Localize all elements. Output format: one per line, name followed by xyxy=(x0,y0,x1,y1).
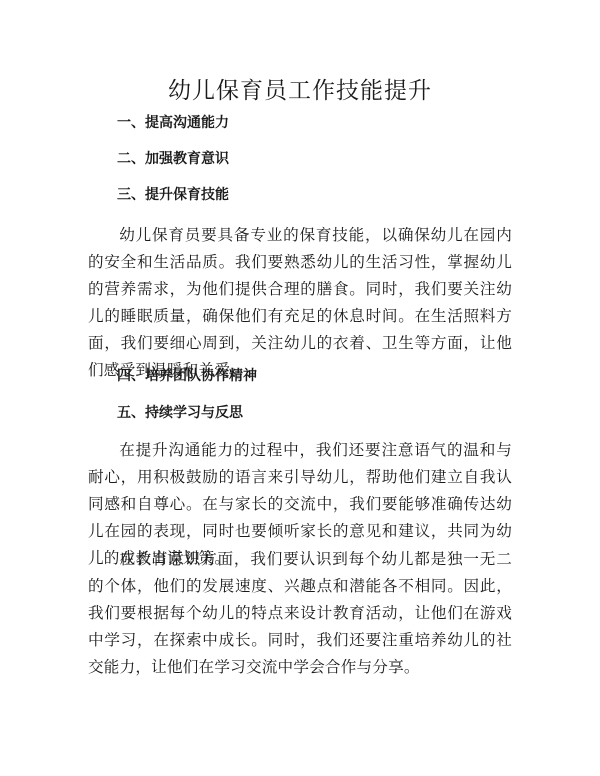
paragraph-childcare-skills: 幼儿保育员要具备专业的保育技能，以确保幼儿在园内的安全和生活品质。我们要熟悉幼儿… xyxy=(88,222,512,384)
section-heading-2: 二、加强教育意识 xyxy=(117,148,229,168)
section-heading-1: 一、提高沟通能力 xyxy=(117,112,229,132)
document-page: 幼儿保育员工作技能提升 一、提高沟通能力 二、加强教育意识 三、提升保育技能 幼… xyxy=(0,0,600,776)
section-heading-5: 五、持续学习与反思 xyxy=(117,402,243,422)
section-heading-3: 三、提升保育技能 xyxy=(117,184,229,204)
section-heading-4: 四、培养团队协作精神 xyxy=(117,365,257,385)
paragraph-education-awareness: 在教育意识方面，我们要认识到每个幼儿都是独一无二的个体，他们的发展速度、兴趣点和… xyxy=(88,546,512,681)
page-title: 幼儿保育员工作技能提升 xyxy=(0,72,600,105)
